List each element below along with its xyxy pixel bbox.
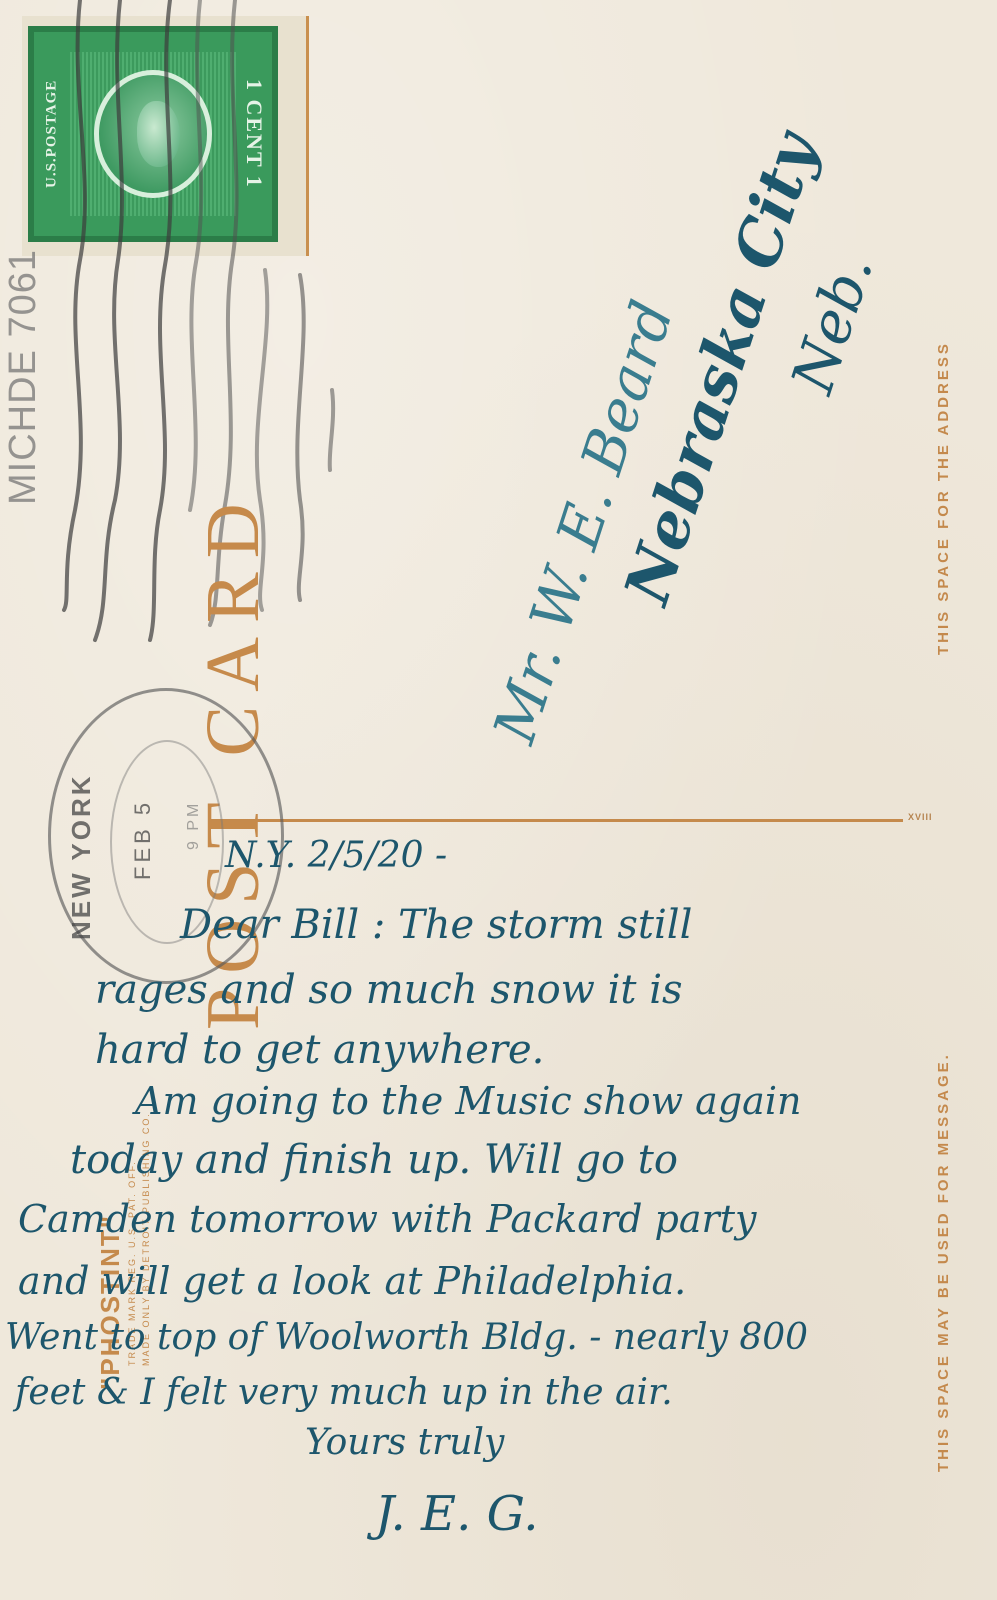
- postmark-time: 9 PM: [185, 801, 203, 850]
- message-line: Dear Bill : The storm still: [180, 905, 692, 945]
- message-line: N.Y. 2/5/20 -: [225, 838, 447, 874]
- message-line: hard to get anywhere.: [95, 1030, 544, 1070]
- message-line: today and finish up. Will go to: [70, 1140, 678, 1180]
- plate-number: XVIII: [908, 812, 933, 822]
- closing: Yours truly: [305, 1425, 504, 1461]
- postmark-city: NEW YORK: [66, 773, 97, 940]
- message-line: rages and so much snow it is: [95, 970, 683, 1010]
- message-space-label: THIS SPACE MAY BE USED FOR MESSAGE.: [935, 1052, 952, 1472]
- postmark-date: FEB 5: [130, 799, 156, 880]
- message-line: feet & I felt very much up in the air.: [15, 1375, 673, 1411]
- address-space-label: THIS SPACE FOR THE ADDRESS: [935, 341, 952, 655]
- message-line: Camden tomorrow with Packard party: [18, 1200, 756, 1238]
- message-line: Am going to the Music show again: [135, 1082, 801, 1120]
- message-line: Went to top of Woolworth Bldg. - nearly …: [5, 1320, 808, 1356]
- message-line: and will get a look at Philadelphia.: [18, 1262, 686, 1300]
- pencil-note: MICHDE 7061: [2, 249, 45, 505]
- signature: J. E. G.: [375, 1490, 538, 1538]
- divider-line: [208, 819, 903, 822]
